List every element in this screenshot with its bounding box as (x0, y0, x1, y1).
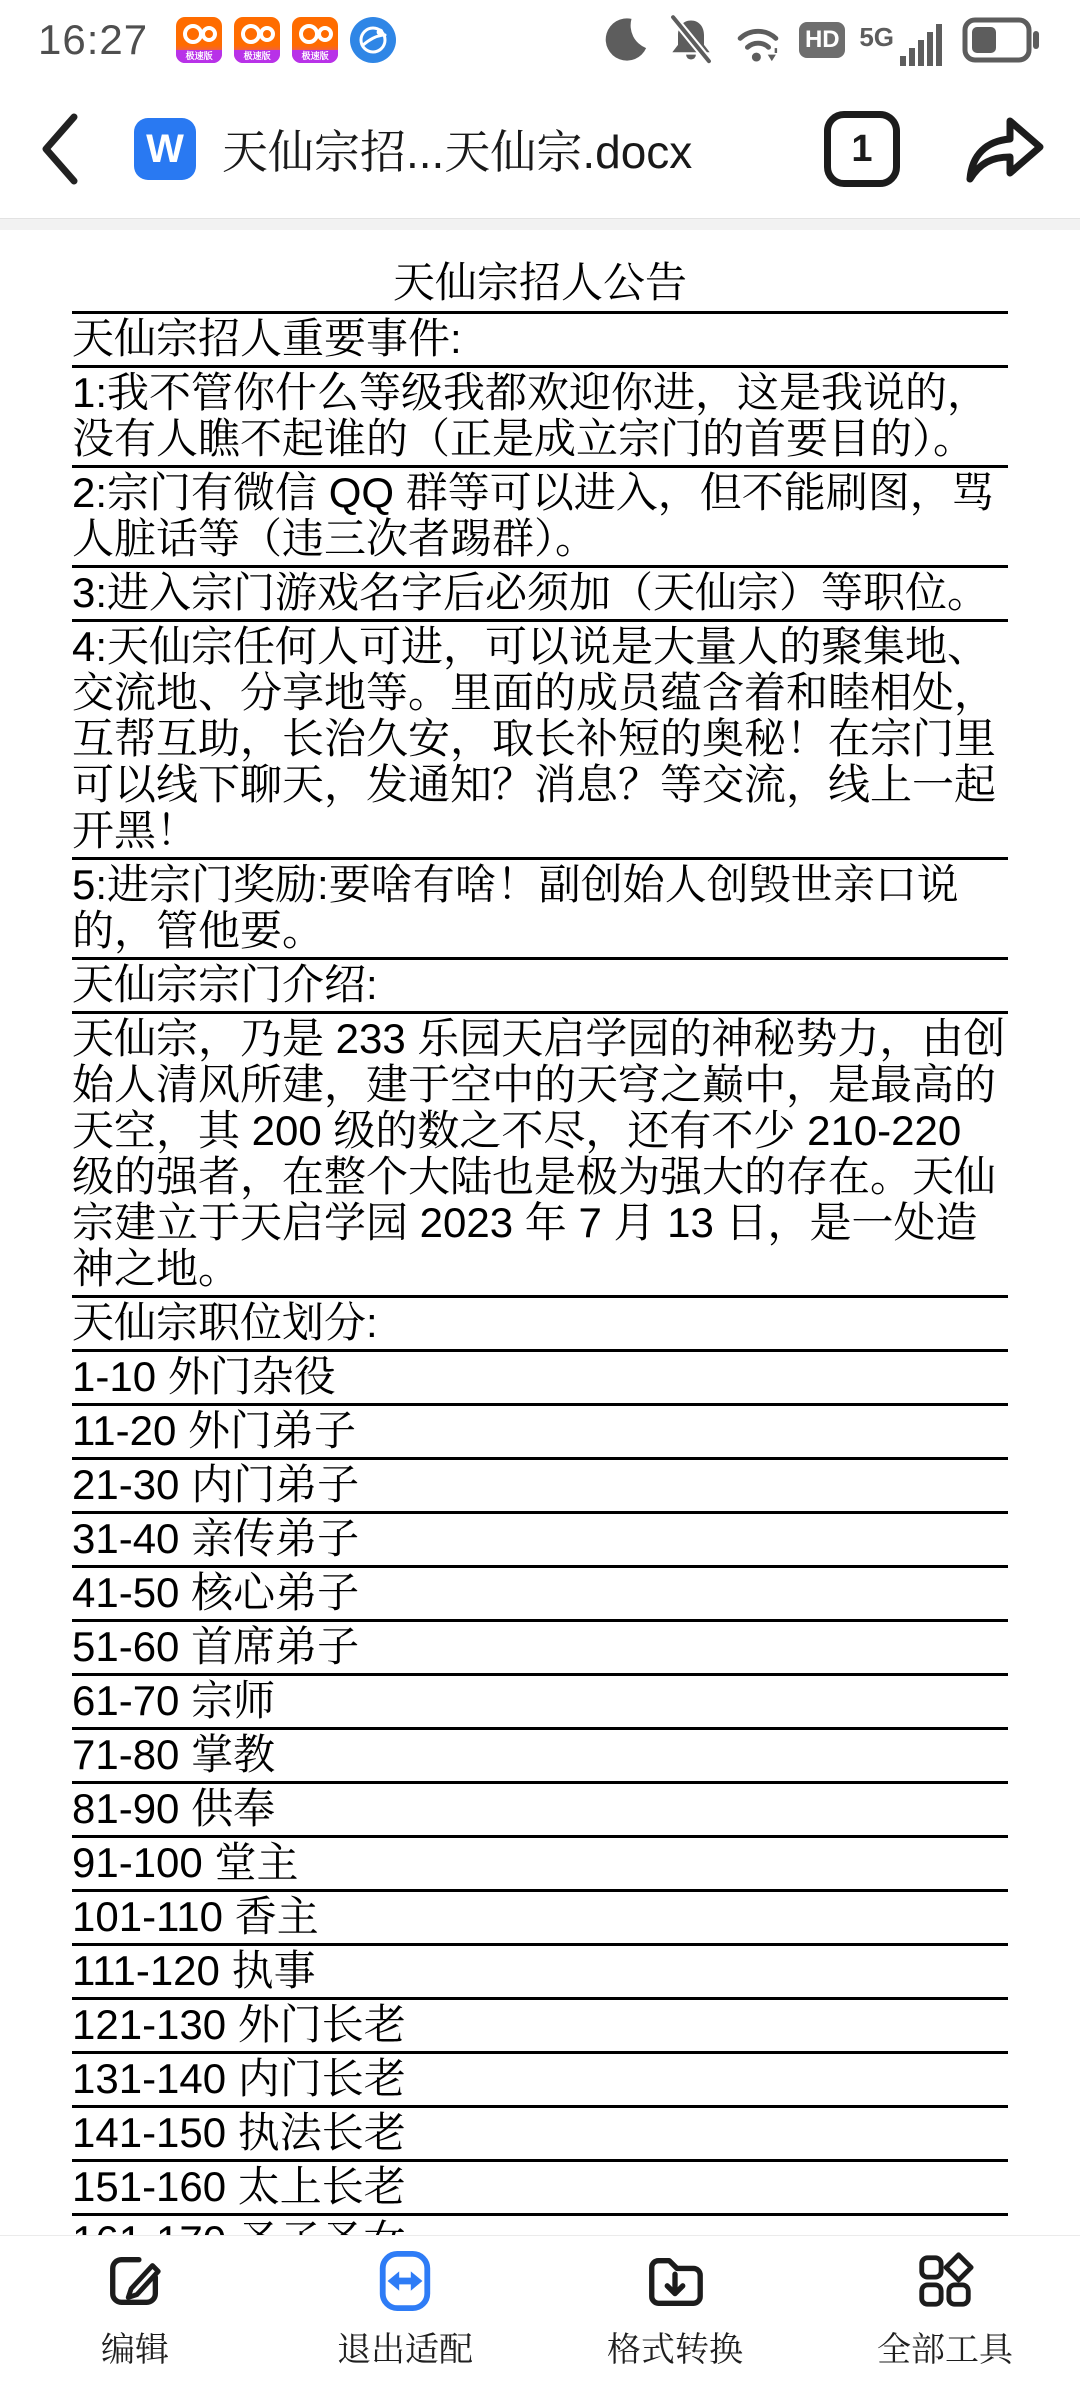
network-type-label: 5G (859, 24, 894, 50)
doc-paragraph: 51-60 首席弟子 (72, 1622, 1008, 1676)
phone-screen: 16:27 极速版 极速版 极速版 (0, 0, 1080, 2388)
do-not-disturb-moon-icon (599, 14, 651, 66)
fit-width-icon (374, 2250, 436, 2312)
doc-paragraph: 31-40 亲传弟子 (72, 1514, 1008, 1568)
clock: 16:27 (38, 16, 148, 64)
signal-bars-icon (898, 12, 948, 68)
doc-paragraph: 41-50 核心弟子 (72, 1568, 1008, 1622)
doc-paragraph: 天仙宗招人重要事件: (72, 314, 1008, 368)
doc-paragraph: 121-130 外门长老 (72, 2000, 1008, 2054)
nav-actions: 1 (824, 109, 1046, 189)
wifi-icon (731, 14, 785, 66)
tool-label: 编辑 (101, 2322, 169, 2371)
doc-paragraph: 5:进宗门奖励:要啥有啥！副创始人创毁世亲口说的，管他要。 (72, 860, 1008, 960)
browser-globe-icon (350, 17, 396, 63)
doc-body: 天仙宗招人重要事件:1:我不管你什么等级我都欢迎你进，这是我说的，没有人瞧不起谁… (72, 314, 1008, 2238)
edit-icon (104, 2250, 166, 2312)
doc-heading: 天仙宗招人公告 (72, 254, 1008, 314)
doc-paragraph: 71-80 掌教 (72, 1730, 1008, 1784)
status-icons-right: HD 5G (599, 12, 1042, 68)
document-title: 天仙宗招...天仙宗.docx (222, 116, 692, 182)
exit-fit-button[interactable]: 退出适配 (270, 2236, 540, 2388)
kuaishou-app-icon: 极速版 (234, 17, 280, 63)
doc-paragraph: 1:我不管你什么等级我都欢迎你进，这是我说的，没有人瞧不起谁的（正是成立宗门的首… (72, 368, 1008, 468)
document-page[interactable]: 天仙宗招人公告 天仙宗招人重要事件:1:我不管你什么等级我都欢迎你进，这是我说的… (0, 230, 1080, 2238)
battery-icon (962, 12, 1042, 68)
tool-label: 退出适配 (337, 2322, 473, 2371)
tool-label: 全部工具 (877, 2322, 1013, 2371)
status-bar: 16:27 极速版 极速版 极速版 (0, 0, 1080, 80)
kuaishou-app-icon: 极速版 (292, 17, 338, 63)
nav-bar: W 天仙宗招...天仙宗.docx 1 (0, 80, 1080, 218)
hd-badge: HD (799, 22, 845, 58)
doc-paragraph: 2:宗门有微信 QQ 群等可以进入，但不能刷图，骂人脏话等（违三次者踢群）。 (72, 468, 1008, 568)
doc-paragraph: 3:进入宗门游戏名字后必须加（天仙宗）等职位。 (72, 568, 1008, 622)
page-indicator[interactable]: 1 (824, 111, 900, 187)
doc-paragraph: 151-160 太上长老 (72, 2162, 1008, 2216)
doc-paragraph: 11-20 外门弟子 (72, 1406, 1008, 1460)
share-button[interactable] (964, 109, 1046, 189)
edit-button[interactable]: 编辑 (0, 2236, 270, 2388)
doc-paragraph: 天仙宗职位划分: (72, 1298, 1008, 1352)
doc-paragraph: 91-100 堂主 (72, 1838, 1008, 1892)
format-convert-icon (644, 2250, 706, 2312)
word-file-icon: W (134, 118, 196, 180)
muted-bell-icon (665, 14, 717, 66)
doc-paragraph: 101-110 香主 (72, 1892, 1008, 1946)
nav-divider (0, 218, 1080, 230)
format-convert-button[interactable]: 格式转换 (540, 2236, 810, 2388)
bottom-toolbar: 编辑 退出适配 格式转换 (0, 2235, 1080, 2388)
kuaishou-app-icon: 极速版 (176, 17, 222, 63)
doc-paragraph: 81-90 供奉 (72, 1784, 1008, 1838)
doc-paragraph: 1-10 外门杂役 (72, 1352, 1008, 1406)
doc-paragraph: 61-70 宗师 (72, 1676, 1008, 1730)
doc-paragraph: 4:天仙宗任何人可进，可以说是大量人的聚集地、交流地、分享地等。里面的成员蕴含着… (72, 622, 1008, 860)
doc-paragraph: 天仙宗，乃是 233 乐园天启学园的神秘势力，由创始人清风所建，建于空中的天穹之… (72, 1014, 1008, 1298)
back-button[interactable] (34, 107, 86, 191)
tool-label: 格式转换 (607, 2322, 743, 2371)
doc-paragraph: 141-150 执法长老 (72, 2108, 1008, 2162)
doc-paragraph: 111-120 执事 (72, 1946, 1008, 2000)
doc-paragraph: 21-30 内门弟子 (72, 1460, 1008, 1514)
all-tools-button[interactable]: 全部工具 (810, 2236, 1080, 2388)
doc-paragraph: 天仙宗宗门介绍: (72, 960, 1008, 1014)
5g-signal: 5G (859, 12, 948, 68)
doc-paragraph: 131-140 内门长老 (72, 2054, 1008, 2108)
all-tools-icon (914, 2250, 976, 2312)
